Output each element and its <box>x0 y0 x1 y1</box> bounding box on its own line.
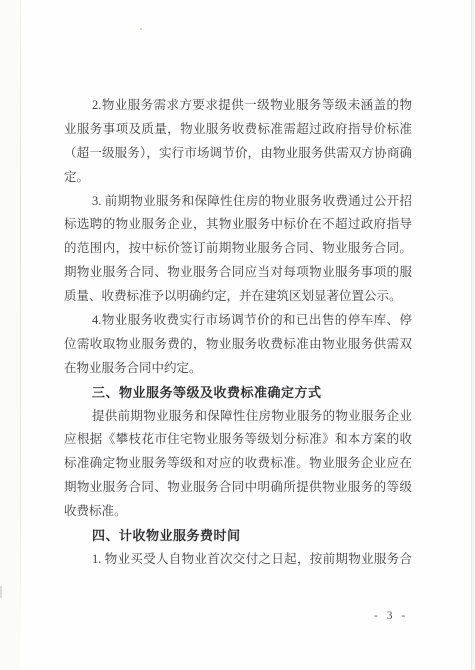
paragraph-line: 4.物业服务收费实行市场调节价的和已出售的停车库、停车 <box>64 309 412 333</box>
scan-speck <box>0 586 2 598</box>
paragraph-line: 提供前期物业服务和保障性住房物业服务的物业服务企业 <box>64 405 412 429</box>
paragraph-line: （超一级服务），实行市场调节价，由物业服务供需双方协商确 <box>64 142 412 166</box>
paragraph-line: 的范围内，按中标价签订前期物业服务合同、物业服务合同。前 <box>64 237 412 261</box>
paragraph-line: 收费标准。 <box>64 500 412 524</box>
paragraph-line: 在物业服务合同中约定。 <box>64 357 412 381</box>
scanned-document-page: 2.物业服务需求方要求提供一级物业服务等级未涵盖的物 业服务事项及质量，物业服务… <box>0 0 475 670</box>
paragraph-line: 应根据《攀枝花市住宅物业服务等级划分标准》和本方案的收费 <box>64 428 412 452</box>
scan-edge-left-line <box>20 0 21 645</box>
paragraph-line: 1. 物业买受人自物业首次交付之日起，按前期物业服务合 <box>64 548 412 572</box>
paragraph-line: 业服务事项及质量，物业服务收费标准需超过政府指导价标准的 <box>64 118 412 142</box>
page-number: - 3 - <box>374 610 408 622</box>
paragraph-line: 定。 <box>64 166 412 190</box>
paragraph-line: 3. 前期物业服务和保障性住房的物业服务收费通过公开招 <box>64 190 412 214</box>
paragraph-line: 位需收取物业服务费的，物业服务收费标准由物业服务供需双方 <box>64 333 412 357</box>
document-body: 2.物业服务需求方要求提供一级物业服务等级未涵盖的物 业服务事项及质量，物业服务… <box>64 94 412 572</box>
paragraph-line: 期物业服务合同、物业服务合同中明确所提供物业服务的等级及 <box>64 476 412 500</box>
scan-speck <box>140 28 142 30</box>
page-left-margin <box>0 0 20 670</box>
section-heading: 三、物业服务等级及收费标准确定方式 <box>64 381 412 405</box>
paragraph-line: 标准确定物业服务等级和对应的收费标准。物业服务企业应在前 <box>64 452 412 476</box>
section-heading: 四、计收物业服务费时间 <box>64 524 412 548</box>
paragraph-line: 期物业服务合同、物业服务合同应当对每项物业服务事项的服务 <box>64 261 412 285</box>
paragraph-line: 2.物业服务需求方要求提供一级物业服务等级未涵盖的物 <box>64 94 412 118</box>
paragraph-line: 质量、收费标准予以明确约定，并在建筑区划显著位置公示。 <box>64 285 412 309</box>
paragraph-line: 标选聘的物业服务企业，其物业服务中标价在不超过政府指导价 <box>64 213 412 237</box>
